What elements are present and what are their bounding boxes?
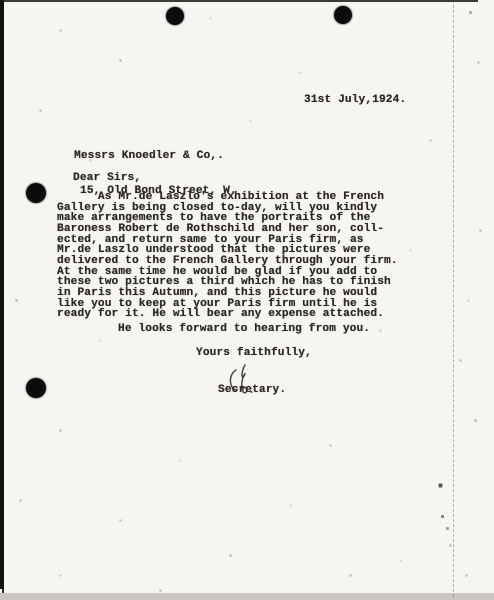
scanned-letter-page: 31st July,1924. Messrs Knoedler & Co,. 1… <box>0 0 494 600</box>
scan-edge-top <box>0 0 478 2</box>
hole-punch-mark-top-right <box>334 6 352 24</box>
scan-edge-bottom <box>0 593 494 600</box>
recipient-name: Messrs Knoedler & Co,. <box>74 151 237 163</box>
letter-body: As Mr.de Laszlo's exhibition at the Fren… <box>57 192 398 320</box>
fold-line-right <box>453 0 454 597</box>
valediction: Yours faithfully, <box>196 348 312 360</box>
salutation: Dear Sirs, <box>73 173 141 185</box>
hole-punch-mark-left-lower <box>26 378 46 398</box>
letter-date: 31st July,1924. <box>304 95 406 107</box>
scan-noise-speckles <box>0 0 1 1</box>
closing-sentence: He looks forward to hearing from you. <box>118 324 370 336</box>
hole-punch-mark-top-left <box>166 7 184 25</box>
signoff-role: Secretary. <box>218 385 286 397</box>
scan-edge-left <box>0 0 4 589</box>
hole-punch-mark-left-upper <box>26 183 46 203</box>
